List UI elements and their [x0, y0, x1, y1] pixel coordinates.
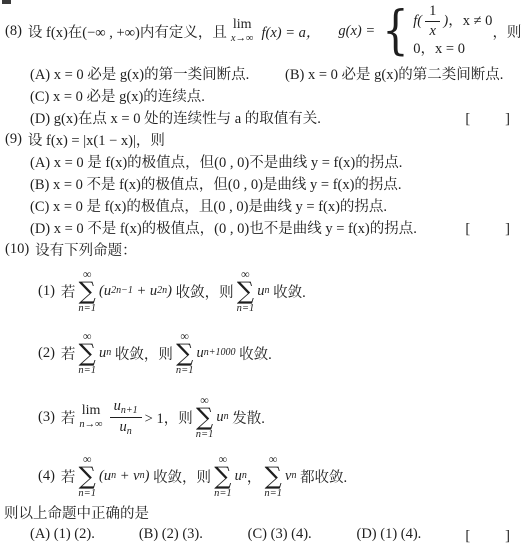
sum-lower-limit: n=1 — [176, 365, 194, 377]
item-4-term3: u — [235, 468, 242, 485]
item-3-term: u — [216, 409, 223, 426]
item-3-conclusion: 发散. — [229, 407, 265, 428]
item-2-mid: 收敛，则 — [111, 343, 173, 364]
q9-option-a: (A) x = 0 是 f(x)的极值点，但(0 , 0)不是曲线 y = f(… — [30, 151, 402, 172]
q10-stem-text: 设有下列命题： — [35, 239, 137, 260]
item-1-term: (u — [99, 283, 111, 300]
limit-block: lim x→∞ — [231, 18, 254, 44]
q8-answer-bracket: [ ] — [465, 107, 512, 128]
q8-option-c: (C) x = 0 必是 g(x)的连续点. — [30, 85, 205, 106]
question-8-stem: (8) 设 f(x)在(−∞ , +∞)内有定义，且 lim x→∞ f(x) … — [0, 0, 526, 62]
q8-options-ab: (A) x = 0 必是 g(x)的第一类间断点. (B) x = 0 必是 g… — [0, 62, 526, 84]
sum-symbol: ∞ ∑ n=1 — [196, 394, 214, 440]
item-2-term: u — [99, 345, 106, 362]
sigma-glyph: ∑ — [79, 280, 96, 303]
item-4-term2: + v — [116, 468, 139, 485]
q8-stem-text: 设 f(x)在(−∞ , +∞)内有定义，且 — [28, 21, 227, 42]
fraction-denominator: un — [120, 418, 132, 437]
q10-answer-bracket: [ ] — [465, 524, 512, 545]
sum-lower-limit: n=1 — [196, 429, 214, 441]
item-1-sub: 2n−1 — [111, 286, 133, 296]
page-edge-artifact — [2, 0, 11, 4]
q10-item-2: (2) 若 ∞ ∑ n=1 un 收敛，则 ∞ ∑ n=1 un+1000 收敛… — [0, 322, 526, 384]
sum-symbol: ∞ ∑ n=1 — [78, 330, 96, 376]
q9-option-d: (D) x = 0 不是 f(x)的极值点，(0 , 0)也不是曲线 y = f… — [30, 217, 417, 238]
piecewise-case-1: f( 1 x ) ，x ≠ 0 — [413, 3, 492, 39]
q9-option-b: (B) x = 0 不是 f(x)的极值点，但(0 , 0)是曲线 y = f(… — [30, 173, 402, 194]
sigma-glyph: ∑ — [265, 465, 282, 488]
q8-stem-then: ，则 — [492, 21, 521, 42]
item-4-term: (u — [99, 468, 111, 485]
q8-gx-def: g(x) = — [338, 23, 375, 40]
item-4-mid: 收敛，则 — [149, 466, 211, 487]
item-3-comparison: > 1，则 — [145, 407, 193, 428]
q8-option-d: (D) g(x)在点 x = 0 处的连续性与 a 的取值有关. — [30, 107, 321, 128]
limit-word: lim — [233, 18, 252, 33]
sigma-glyph: ∑ — [237, 280, 254, 303]
item-4-comma: ， — [247, 466, 262, 487]
limit-subscript: x→∞ — [231, 33, 254, 44]
q9-option-c: (C) x = 0 是 f(x)的极值点，且(0 , 0)是曲线 y = f(x… — [30, 195, 387, 216]
q9-options-c: (C) x = 0 是 f(x)的极值点，且(0 , 0)是曲线 y = f(x… — [0, 194, 526, 216]
q10-option-c: (C) (3) (4). — [248, 526, 357, 543]
q10-closing: 则以上命题中正确的是 — [0, 502, 526, 522]
q10-options: (A) (1) (2). (B) (2) (3). (C) (3) (4). (… — [0, 522, 526, 546]
fraction-numerator: un+1 — [110, 398, 142, 418]
ratio-fraction: un+1 un — [110, 398, 142, 437]
item-2-sub2: n+1000 — [204, 348, 236, 358]
item-2-label: (2) — [38, 345, 55, 362]
fraction-numerator: 1 — [425, 3, 440, 22]
question-10-stem: (10) 设有下列命题： — [0, 238, 526, 260]
item-1-if: 若 — [61, 281, 76, 302]
sum-lower-limit: n=1 — [78, 303, 96, 315]
q8-option-a: (A) x = 0 必是 g(x)的第一类间断点. — [30, 63, 285, 84]
sum-symbol: ∞ ∑ n=1 — [237, 268, 255, 314]
q8-option-b: (B) x = 0 必是 g(x)的第二类间断点. — [285, 63, 503, 84]
item-4-if: 若 — [61, 466, 76, 487]
q10-item-1: (1) 若 ∞ ∑ n=1 (u2n−1 + u2n) 收敛，则 ∞ ∑ n=1… — [0, 260, 526, 322]
left-brace: { — [382, 5, 408, 57]
den-sub: n — [127, 426, 132, 437]
item-2-if: 若 — [61, 343, 76, 364]
item-1-conclusion: 收敛. — [269, 281, 305, 302]
sigma-glyph: ∑ — [176, 342, 193, 365]
sum-lower-limit: n=1 — [264, 488, 282, 500]
item-4-label: (4) — [38, 468, 55, 485]
num-sub: n+1 — [121, 405, 138, 416]
question-9-number: (9) — [5, 131, 22, 148]
limit-word: lim — [82, 404, 101, 419]
q9-options-b: (B) x = 0 不是 f(x)的极值点，但(0 , 0)是曲线 y = f(… — [0, 172, 526, 194]
den-var: u — [120, 419, 127, 435]
question-8: (8) 设 f(x)在(−∞ , +∞)内有定义，且 lim x→∞ f(x) … — [0, 0, 526, 128]
item-1-term3: u — [257, 283, 264, 300]
question-10-number: (10) — [5, 241, 29, 258]
limit-subscript: n→∞ — [79, 419, 102, 430]
question-9-stem: (9) 设 f(x) = |x(1 − x)|，则 — [0, 128, 526, 150]
q10-option-d: (D) (1) (4). — [356, 526, 465, 543]
sum-symbol: ∞ ∑ n=1 — [78, 453, 96, 499]
q10-option-a: (A) (1) (2). — [30, 526, 139, 543]
piecewise-case-2: 0 ，x = 0 — [413, 41, 492, 58]
sum-lower-limit: n=1 — [78, 365, 96, 377]
sum-symbol: ∞ ∑ n=1 — [78, 268, 96, 314]
question-8-number: (8) — [5, 23, 22, 40]
item-2-term2: u — [196, 345, 203, 362]
sum-lower-limit: n=1 — [78, 488, 96, 500]
q10-option-b: (B) (2) (3). — [139, 526, 248, 543]
sum-symbol: ∞ ∑ n=1 — [264, 453, 282, 499]
sigma-glyph: ∑ — [79, 465, 96, 488]
item-4-conclusion: 都收敛. — [296, 466, 347, 487]
limit-block: lim n→∞ — [79, 404, 102, 430]
q8-options-d: (D) g(x)在点 x = 0 处的连续性与 a 的取值有关. [ ] — [0, 106, 526, 128]
question-9: (9) 设 f(x) = |x(1 − x)|，则 (A) x = 0 是 f(… — [0, 128, 526, 238]
pw-f-open: f( — [413, 13, 422, 30]
q10-item-3: (3) 若 lim n→∞ un+1 un > 1，则 ∞ ∑ n=1 un 发… — [0, 384, 526, 450]
q8-limit-expr: f(x) = a， — [262, 21, 321, 42]
sum-lower-limit: n=1 — [214, 488, 232, 500]
fraction-denominator: x — [430, 22, 436, 40]
item-1-mid: 收敛，则 — [172, 281, 234, 302]
q9-stem-text: 设 f(x) = |x(1 − x)|，则 — [28, 129, 165, 150]
sum-symbol: ∞ ∑ n=1 — [176, 330, 194, 376]
item-3-label: (3) — [38, 409, 55, 426]
q9-options-d: (D) x = 0 不是 f(x)的极值点，(0 , 0)也不是曲线 y = f… — [0, 216, 526, 238]
q8-options-c: (C) x = 0 必是 g(x)的连续点. — [0, 84, 526, 106]
pw-condition-1: ，x ≠ 0 — [448, 13, 492, 30]
piecewise-function: f( 1 x ) ，x ≠ 0 0 ，x = 0 — [413, 3, 492, 59]
exam-page: (8) 设 f(x)在(−∞ , +∞)内有定义，且 lim x→∞ f(x) … — [0, 0, 526, 550]
sigma-glyph: ∑ — [79, 342, 96, 365]
q10-item-4: (4) 若 ∞ ∑ n=1 (un + vn) 收敛，则 ∞ ∑ n=1 un … — [0, 450, 526, 502]
question-10: (10) 设有下列命题： (1) 若 ∞ ∑ n=1 (u2n−1 + u2n)… — [0, 238, 526, 546]
item-2-conclusion: 收敛. — [235, 343, 271, 364]
fraction-1-over-x: 1 x — [425, 3, 440, 39]
q10-closing-text: 则以上命题中正确的是 — [4, 502, 149, 523]
num-var: u — [114, 398, 121, 414]
pw-value-2: 0 — [413, 41, 420, 58]
q9-options-a: (A) x = 0 是 f(x)的极值点，但(0 , 0)不是曲线 y = f(… — [0, 150, 526, 172]
sum-symbol: ∞ ∑ n=1 — [214, 453, 232, 499]
item-3-if: 若 — [61, 407, 76, 428]
item-1-term2: + u — [133, 283, 157, 300]
item-1-sub2: 2n — [157, 286, 167, 296]
q9-answer-bracket: [ ] — [465, 217, 512, 238]
sigma-glyph: ∑ — [214, 465, 231, 488]
item-1-label: (1) — [38, 283, 55, 300]
pw-condition-2: ，x = 0 — [421, 41, 465, 58]
sum-lower-limit: n=1 — [237, 303, 255, 315]
sigma-glyph: ∑ — [196, 406, 213, 429]
